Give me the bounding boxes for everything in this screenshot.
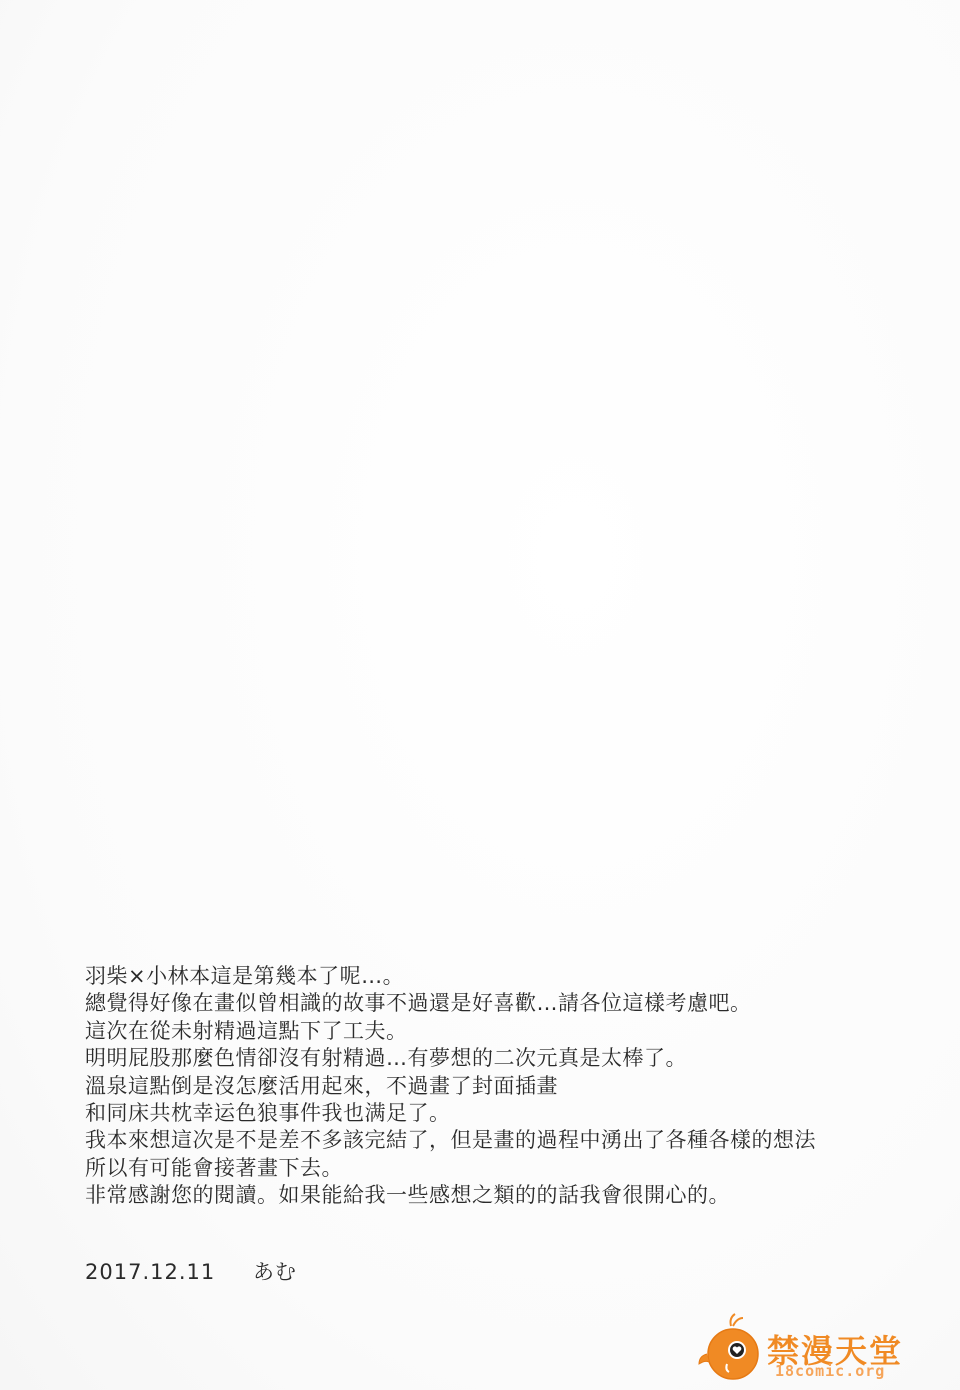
orange-whale-mascot-icon: [697, 1310, 765, 1382]
site-watermark: 禁漫天堂 18comic.org: [697, 1310, 922, 1385]
watermark-url: 18comic.org: [775, 1362, 885, 1380]
afterword-line: 溫泉這點倒是沒怎麼活用起來，不過畫了封面插畫: [85, 1073, 816, 1100]
afterword-line: 羽柴×小林本這是第幾本了呢…。: [85, 963, 816, 990]
signature-date: 2017.12.11: [85, 1260, 215, 1284]
afterword-text: 羽柴×小林本這是第幾本了呢…。 總覺得好像在畫似曾相識的故事不過還是好喜歡…請各…: [85, 963, 816, 1210]
signature-author: あむ: [253, 1260, 297, 1284]
afterword-line: 總覺得好像在畫似曾相識的故事不過還是好喜歡…請各位這樣考慮吧。: [85, 990, 816, 1017]
afterword-line: 明明屁股那麼色情卻沒有射精過…有夢想的二次元真是太棒了。: [85, 1045, 816, 1072]
afterword-line: 我本來想這次是不是差不多該完結了，但是畫的過程中湧出了各種各樣的想法: [85, 1127, 816, 1154]
signature: 2017.12.11 あむ: [85, 1256, 297, 1286]
afterword-line: 和同床共枕幸运色狼事件我也满足了。: [85, 1100, 816, 1127]
afterword-line: 這次在從未射精過這點下了工夫。: [85, 1018, 816, 1045]
afterword-line: 所以有可能會接著畫下去。: [85, 1155, 816, 1182]
afterword-line: 非常感謝您的閱讀。如果能給我一些感想之類的的話我會很開心的。: [85, 1182, 816, 1209]
